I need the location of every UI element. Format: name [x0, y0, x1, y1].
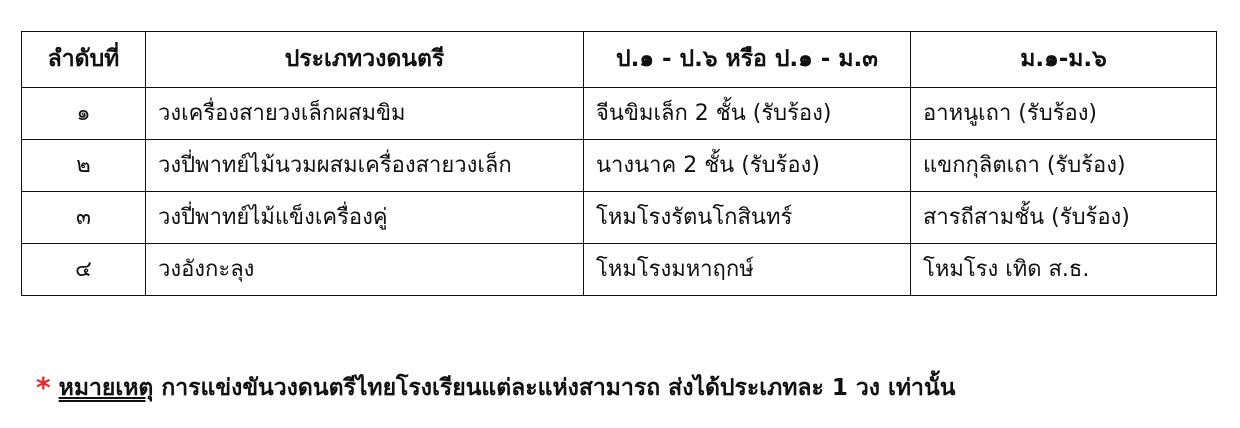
- header-band-type: ประเภทวงดนตรี: [146, 32, 584, 88]
- primary-song: จีนขิมเล็ก 2 ชั้น (รับร้อง): [584, 88, 911, 140]
- secondary-song: แขกกุลิตเถา (รับร้อง): [911, 140, 1217, 192]
- row-number: ๓: [22, 192, 146, 244]
- primary-song: โหมโรงมหาฤกษ์: [584, 244, 911, 296]
- primary-song: โหมโรงรัตนโกสินทร์: [584, 192, 911, 244]
- band-type: วงปี่พาทย์ไม้นวมผสมเครื่องสายวงเล็ก: [146, 140, 584, 192]
- table-row: ๓ วงปี่พาทย์ไม้แข็งเครื่องคู่ โหมโรงรัตน…: [22, 192, 1217, 244]
- band-type: วงปี่พาทย์ไม้แข็งเครื่องคู่: [146, 192, 584, 244]
- table-row: ๔ วงอังกะลุง โหมโรงมหาฤกษ์ โหมโรง เทิด ส…: [22, 244, 1217, 296]
- asterisk-icon: *: [36, 371, 51, 404]
- row-number: ๒: [22, 140, 146, 192]
- header-secondary-level: ม.๑-ม.๖: [911, 32, 1217, 88]
- secondary-song: สารถีสามชั้น (รับร้อง): [911, 192, 1217, 244]
- band-type: วงอังกะลุง: [146, 244, 584, 296]
- header-primary-level: ป.๑ - ป.๖ หรือ ป.๑ - ม.๓: [584, 32, 911, 88]
- table-header-row: ลำดับที่ ประเภทวงดนตรี ป.๑ - ป.๖ หรือ ป.…: [22, 32, 1217, 88]
- footnote-label: หมายเหตุ: [59, 375, 154, 401]
- footnote: *หมายเหตุการแข่งขันวงดนตรีไทยโรงเรียนแต่…: [36, 370, 955, 406]
- row-number: ๔: [22, 244, 146, 296]
- music-band-table: ลำดับที่ ประเภทวงดนตรี ป.๑ - ป.๖ หรือ ป.…: [21, 31, 1217, 296]
- table-row: ๑ วงเครื่องสายวงเล็กผสมขิม จีนขิมเล็ก 2 …: [22, 88, 1217, 140]
- primary-song: นางนาค 2 ชั้น (รับร้อง): [584, 140, 911, 192]
- secondary-song: โหมโรง เทิด ส.ธ.: [911, 244, 1217, 296]
- footnote-text: การแข่งขันวงดนตรีไทยโรงเรียนแต่ละแห่งสาม…: [161, 375, 955, 401]
- row-number: ๑: [22, 88, 146, 140]
- header-order: ลำดับที่: [22, 32, 146, 88]
- table-row: ๒ วงปี่พาทย์ไม้นวมผสมเครื่องสายวงเล็ก นา…: [22, 140, 1217, 192]
- music-band-table-container: ลำดับที่ ประเภทวงดนตรี ป.๑ - ป.๖ หรือ ป.…: [21, 31, 1217, 296]
- band-type: วงเครื่องสายวงเล็กผสมขิม: [146, 88, 584, 140]
- secondary-song: อาหนูเถา (รับร้อง): [911, 88, 1217, 140]
